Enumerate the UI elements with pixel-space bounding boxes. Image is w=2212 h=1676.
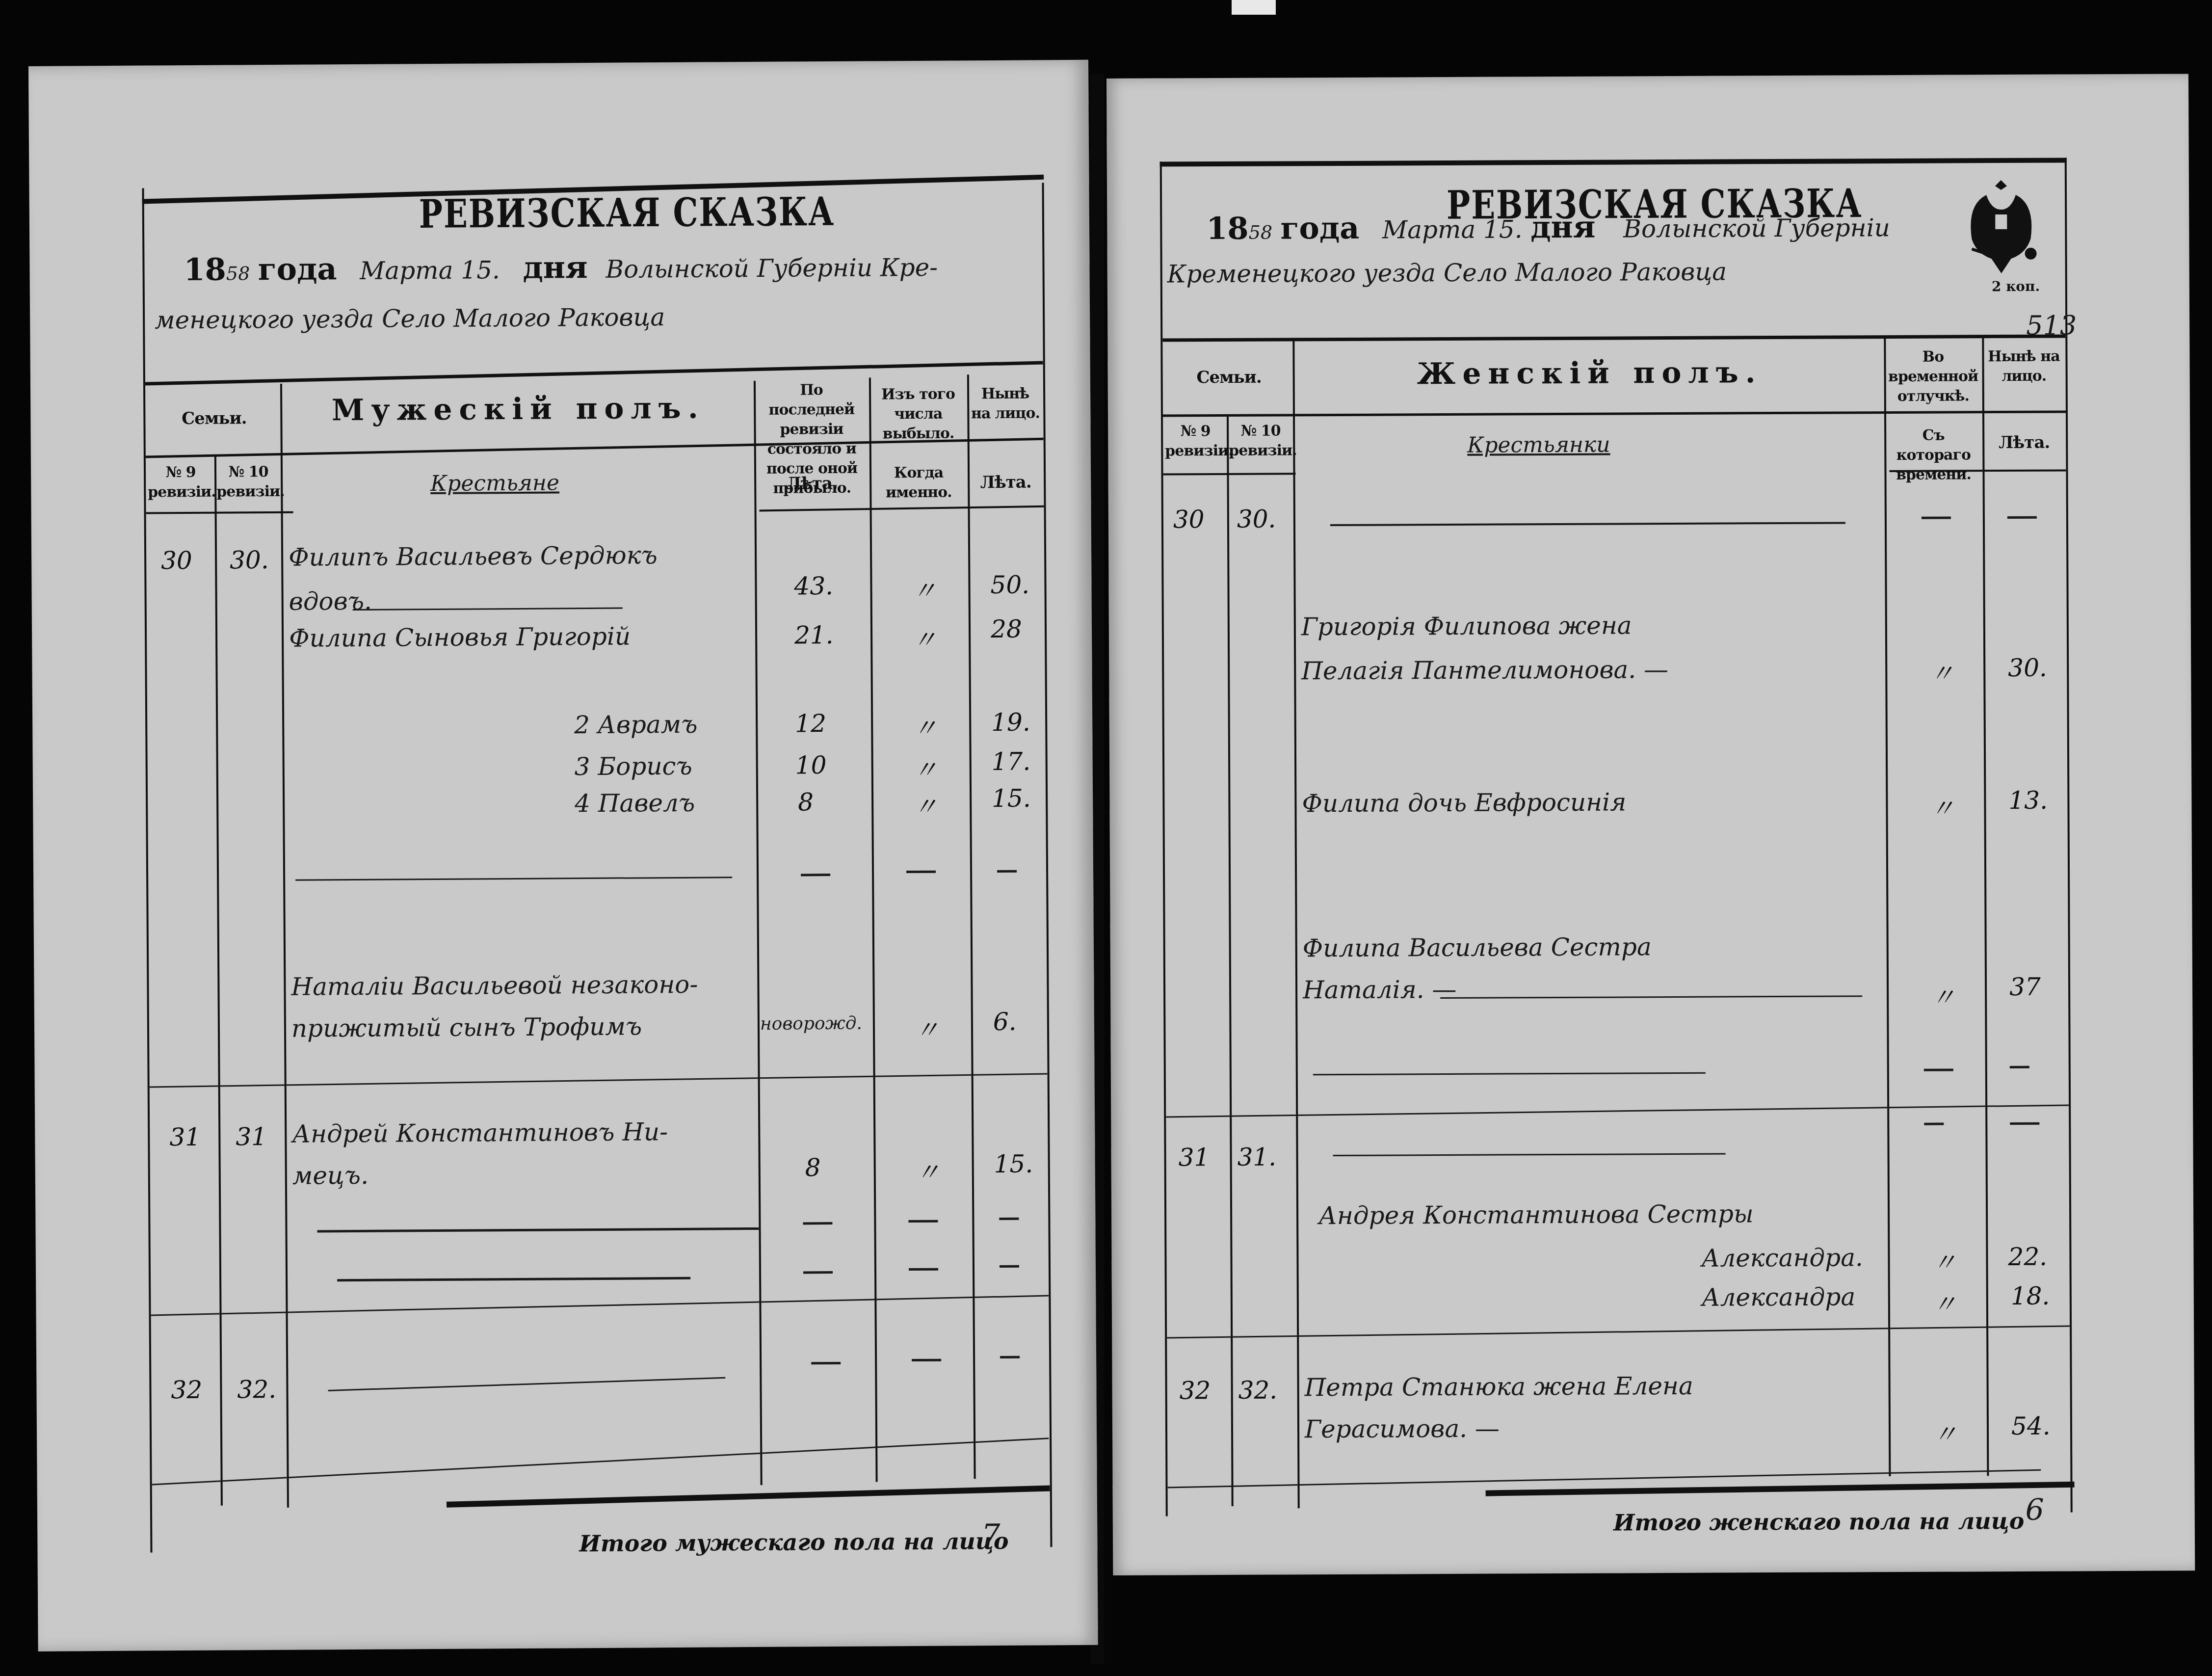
right-form: РЕВИЗСКАЯ СКАЗКА 2 коп. 513 1858 года Ма… — [1160, 158, 2073, 1516]
entry-age-now: 50. — [990, 571, 1029, 599]
total-male-value: 7 — [981, 1518, 1001, 1552]
entry-dropped: 〃 — [912, 571, 936, 607]
row-no10: 32. — [237, 1375, 276, 1404]
date-month: Марта 15. — [360, 256, 500, 285]
row-no9: 32 — [1180, 1376, 1211, 1405]
blank-dash — [912, 1359, 941, 1361]
entry-age-last: новорожд. — [760, 1013, 862, 1034]
entry-age-now: 18. — [2011, 1282, 2050, 1310]
header-bottom-rule — [1163, 473, 1296, 475]
total-rule — [447, 1486, 1050, 1508]
header-top-rule — [1162, 334, 2065, 342]
row-separator — [1167, 1325, 2070, 1338]
blank-entry-line — [1330, 522, 1845, 526]
entry-age-now: 54. — [2011, 1412, 2051, 1440]
blank-entry-line — [1313, 1072, 1706, 1075]
header-no9: № 9 ревизіи. — [148, 463, 213, 503]
blank-dash — [909, 1268, 938, 1271]
blank-dash — [906, 871, 936, 873]
col-divider-names — [754, 381, 763, 1485]
entry-name: Наталіи Васильевой незаконо- — [291, 970, 698, 1001]
row-no9: 30 — [161, 546, 192, 575]
entry-name: 4 Павелъ — [575, 789, 695, 818]
entry-age-now: 19. — [991, 708, 1030, 737]
entry-absent: 〃 — [1929, 654, 1954, 689]
header-section-female: Женскій полъ. — [1300, 355, 1879, 392]
scan-edge-marker — [1232, 0, 1276, 15]
header-bottom-rule-right — [760, 505, 1044, 512]
header-families: Семьи. — [1168, 367, 1290, 387]
total-female-value: 6 — [2026, 1493, 2044, 1527]
blank-dash — [2007, 516, 2037, 519]
blank-entry-line — [295, 877, 732, 880]
row-no9: 32 — [171, 1376, 202, 1404]
entry-absent: 〃 — [1932, 1284, 1957, 1320]
header-bottom-rule — [146, 511, 293, 514]
header-top-rule — [145, 361, 1043, 385]
blank-dash — [801, 874, 830, 876]
entry-age-now: 17. — [992, 747, 1031, 776]
col-divider-now — [967, 374, 976, 1479]
blank-entry-line — [317, 1227, 759, 1232]
header-now: Нынѣ на лицо. — [1984, 346, 2063, 386]
province: Волынской Губерніи — [1623, 213, 1890, 243]
header-no10: № 10 ревизіи. — [216, 462, 280, 502]
estate-label: Крестьяне — [430, 470, 559, 496]
left-page: РЕВИЗСКАЯ СКАЗКА 1858 года Марта 15. дня… — [28, 60, 1098, 1651]
estate-label: Крестьянки — [1467, 432, 1610, 458]
entry-name-cont: мецъ. — [292, 1161, 369, 1190]
double-headed-eagle-icon — [1957, 175, 2046, 279]
blank-dash — [997, 870, 1017, 873]
entry-age-now: 6. — [993, 1008, 1017, 1036]
col-divider-now — [1982, 337, 1989, 1476]
entry-age-last: 8 — [798, 788, 814, 816]
place-line: Кременецкого уезда Село Малого Раковца — [1167, 257, 1727, 288]
row-separator — [1166, 1104, 2069, 1117]
total-female-label: Итого женскаго пола на лицо — [1613, 1508, 2025, 1536]
blank-dash — [1922, 516, 1951, 519]
entry-dropped: 〃 — [915, 1011, 939, 1046]
entry-age-last: 10 — [795, 751, 827, 779]
blank-dash — [811, 1362, 841, 1364]
header-dropped: Изъ того числа выбыло. — [871, 384, 965, 444]
entry-age-last: 8 — [805, 1153, 821, 1182]
left-form: РЕВИЗСКАЯ СКАЗКА 1858 года Марта 15. дня… — [142, 183, 1053, 1552]
header-families: Семьи. — [150, 408, 278, 429]
entry-name: Филипъ Васильевъ Сердюкъ — [289, 541, 658, 572]
row-no10: 31. — [1237, 1143, 1276, 1171]
entry-age-now: 15. — [994, 1150, 1033, 1178]
row-no9: 30 — [1173, 505, 1205, 533]
entry-name: Филипа Васильева Сестра — [1303, 932, 1652, 962]
entry-name: Александра — [1702, 1282, 1856, 1311]
header-no9: № 9 ревизіи. — [1165, 422, 1226, 461]
header-mid-rule — [1163, 410, 2066, 417]
blank-dash — [803, 1222, 832, 1224]
blank-dash — [1924, 1123, 1944, 1125]
entry-age-now: 15. — [992, 784, 1031, 813]
blank-dash — [2010, 1066, 2029, 1068]
header-now: Нынѣ на лицо. — [970, 384, 1041, 424]
header-years-now: Лѣта. — [970, 472, 1041, 492]
province: Волынской Губерніи Кре- — [606, 253, 938, 284]
blank-dash — [1000, 1356, 1020, 1358]
form-top-rule — [1160, 158, 2067, 166]
row-no9: 31 — [1178, 1143, 1210, 1171]
entry-name: Филипа дочь Евфросинія — [1302, 788, 1626, 818]
entry-age-last: 21. — [794, 621, 834, 649]
col-divider-names — [1884, 338, 1891, 1476]
header-years: Лѣта. — [1985, 432, 2063, 452]
entry-name: Петра Станюка жена Елена — [1305, 1372, 1693, 1402]
date-line: 1858 года Марта 15. дня Волынской Губерн… — [1206, 208, 1890, 246]
row-no10: 32. — [1238, 1376, 1278, 1405]
row-no9: 31 — [169, 1123, 201, 1151]
col-divider-dropped — [869, 378, 878, 1482]
entry-name-cont: Герасимова. — — [1305, 1414, 1500, 1444]
entry-name: 3 Борисъ — [575, 752, 692, 781]
row-no10: 31 — [236, 1122, 267, 1151]
entry-age-now: 28 — [991, 615, 1022, 643]
entry-absent: 〃 — [1933, 1414, 1957, 1450]
header-section-male: Мужескій полъ. — [288, 391, 749, 428]
entry-dropped: 〃 — [912, 620, 937, 656]
blank-dash — [908, 1220, 938, 1223]
header-temp-absent: Во временной отлучкѣ. — [1886, 347, 1980, 406]
entry-name-cont: Наталія. — — [1303, 975, 1457, 1004]
header-when: Когда именно. — [872, 463, 965, 503]
col-divider-families — [280, 384, 289, 1508]
fill-line — [353, 608, 623, 611]
blank-entry-line — [337, 1277, 690, 1281]
blank-dash — [2010, 1122, 2039, 1125]
blank-dash — [999, 1218, 1019, 1220]
entry-name: Андрей Константиновъ Ни- — [292, 1117, 668, 1148]
entry-age-now: 13. — [2008, 786, 2048, 815]
blank-dash — [1924, 1068, 1953, 1071]
col-divider-families — [1292, 340, 1299, 1508]
entry-name-cont: Александра. — [1701, 1243, 1863, 1272]
header-no10: № 10 ревизіи. — [1229, 421, 1292, 461]
entry-name: Григорія Филипова жена — [1301, 611, 1632, 641]
header-years: Лѣта. — [757, 474, 867, 494]
entry-name: 2 Аврамъ — [574, 710, 698, 740]
entry-dropped: 〃 — [913, 750, 938, 786]
entry-age-now: 30. — [2008, 654, 2047, 682]
entry-name: Андрея Константинова Сестры — [1318, 1199, 1754, 1230]
blank-dash — [803, 1271, 833, 1274]
place-line: менецкого уезда Село Малого Раковца — [155, 303, 665, 334]
entry-name-cont: Пелагія Пантелимонова. — — [1301, 655, 1668, 685]
entry-absent: 〃 — [1931, 978, 1955, 1013]
blank-dash — [1000, 1265, 1019, 1268]
header-since-when: Съ котораго времени. — [1887, 426, 1980, 485]
entry-absent: 〃 — [1932, 1243, 1956, 1278]
entry-name: Филипа Сыновья Григорій — [289, 622, 631, 653]
stamp-value: 2 коп. — [1992, 278, 2040, 294]
entry-absent: 〃 — [1930, 789, 1954, 824]
row-no10: 30. — [1237, 505, 1276, 533]
col-divider-no9 — [214, 455, 223, 1506]
date-line: 1858 года Марта 15. дня Волынской Губерн… — [184, 247, 938, 288]
blank-entry-line — [328, 1377, 726, 1391]
entry-age-now: 22. — [2008, 1243, 2047, 1271]
right-page: РЕВИЗСКАЯ СКАЗКА 2 коп. 513 1858 года Ма… — [1106, 74, 2195, 1575]
col-divider-no9 — [1227, 417, 1234, 1506]
fill-line — [1440, 995, 1862, 999]
entry-dropped: 〃 — [913, 709, 937, 744]
row-no10: 30. — [230, 546, 269, 574]
entry-name-cont: вдовъ. — [289, 587, 372, 616]
entry-age-now: 37 — [2009, 973, 2041, 1001]
entry-age-last: 43. — [794, 572, 833, 600]
date-month: Марта 15. — [1382, 215, 1523, 244]
blank-entry-line — [1333, 1153, 1726, 1156]
form-title: РЕВИЗСКАЯ СКАЗКА — [419, 189, 835, 238]
entry-dropped: 〃 — [916, 1153, 940, 1188]
entry-age-last: 12 — [795, 709, 826, 738]
entry-name-cont: прижитый сынъ Трофимъ — [291, 1012, 642, 1042]
total-male-label: Итого мужескаго пола на лицо — [579, 1528, 1009, 1557]
entry-dropped: 〃 — [913, 787, 938, 823]
